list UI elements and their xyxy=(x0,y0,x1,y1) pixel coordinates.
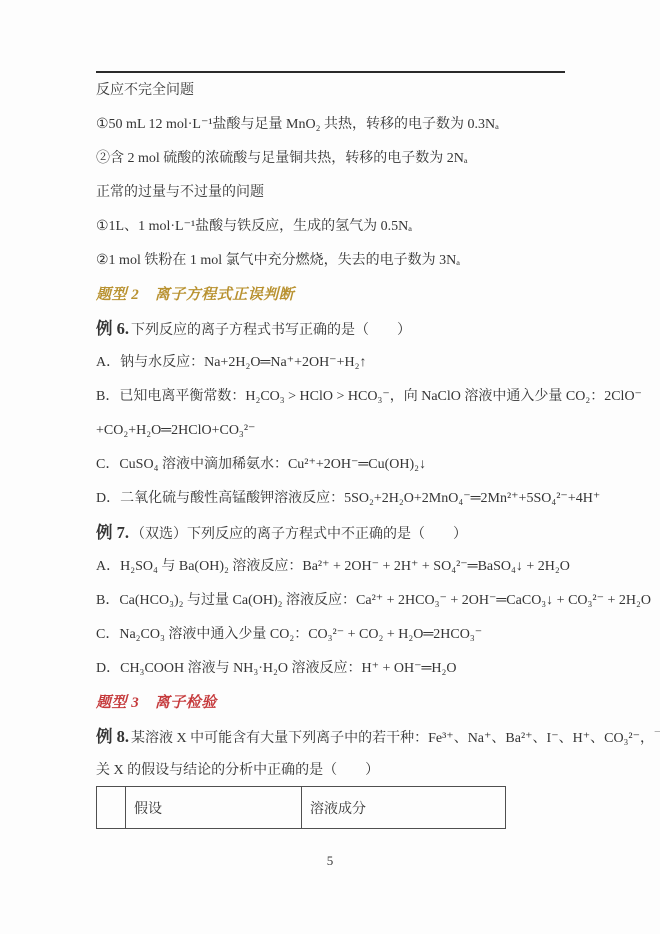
section-title-incomplete-reaction: 反应不完全问题 xyxy=(96,74,566,108)
example-6-question-text: 下列反应的离子方程式书写正确的是（ ） xyxy=(131,323,411,338)
example-6-option-a: A．钠与水反应：Na+2H₂O═Na⁺+2OH⁻+H₂↑ xyxy=(96,346,566,380)
example-6-option-d: D．二氧化硫与酸性高锰酸钾溶液反应：5SO₂+2H₂O+2MnO₄⁻═2Mn²⁺… xyxy=(96,482,566,516)
document-body: 反应不完全问题 ①50 mL 12 mol·L⁻¹盐酸与足量 MnO₂ 共热，转… xyxy=(96,74,566,788)
example-6-option-b-line-1: B．已知电离平衡常数：H₂CO₃ > HClO > HCO₃⁻，向 NaClO … xyxy=(96,380,566,414)
table-cell-hypothesis-header: 假设 xyxy=(126,787,302,829)
example-8-label: 例 8. xyxy=(96,727,129,746)
top-divider-rule xyxy=(96,71,565,73)
topic-3-heading: 题型 3 离子检验 xyxy=(96,686,566,720)
example-7-option-b: B．Ca(HCO₃)₂ 与过量 Ca(OH)₂ 溶液反应：Ca²⁺ + 2HCO… xyxy=(96,584,566,618)
example-7-option-d: D．CH₃COOH 溶液与 NH₃·H₂O 溶液反应：H⁺ + OH⁻═H₂O xyxy=(96,652,566,686)
table-cell-index xyxy=(97,787,126,829)
example-6-question: 例 6.下列反应的离子方程式书写正确的是（ ） xyxy=(96,312,566,346)
document-page: 反应不完全问题 ①50 mL 12 mol·L⁻¹盐酸与足量 MnO₂ 共热，转… xyxy=(0,0,660,934)
example-7-question: 例 7.（双选）下列反应的离子方程式中不正确的是（ ） xyxy=(96,516,566,550)
example-8-question-text: 某溶液 X 中可能含有大量下列离子中的若干种：Fe³⁺、Na⁺、Ba²⁺、I⁻、… xyxy=(131,731,660,746)
list-item-excess-2: ②1 mol 铁粉在 1 mol 氯气中充分燃烧，失去的电子数为 3Nₐ xyxy=(96,244,566,278)
list-item-incomplete-1: ①50 mL 12 mol·L⁻¹盐酸与足量 MnO₂ 共热，转移的电子数为 0… xyxy=(96,108,566,142)
example-7-question-text: （双选）下列反应的离子方程式中不正确的是（ ） xyxy=(131,527,467,542)
example-8-question-line-1: 例 8.某溶液 X 中可能含有大量下列离子中的若干种：Fe³⁺、Na⁺、Ba²⁺… xyxy=(96,720,566,754)
hypothesis-table: 假设 溶液成分 xyxy=(96,786,506,829)
example-8-question-line-2: 关 X 的假设与结论的分析中正确的是（ ） xyxy=(96,754,566,788)
topic-2-heading: 题型 2 离子方程式正误判断 xyxy=(96,278,566,312)
example-7-option-a: A．H₂SO₄ 与 Ba(OH)₂ 溶液反应：Ba²⁺ + 2OH⁻ + 2H⁺… xyxy=(96,550,566,584)
example-7-label: 例 7. xyxy=(96,523,129,542)
example-7-option-c: C．Na₂CO₃ 溶液中通入少量 CO₂：CO₃²⁻ + CO₂ + H₂O═2… xyxy=(96,618,566,652)
list-item-excess-1: ①1L、1 mol·L⁻¹盐酸与铁反应，生成的氢气为 0.5Nₐ xyxy=(96,210,566,244)
table-header-row: 假设 溶液成分 xyxy=(97,787,506,829)
example-6-option-c: C．CuSO₄ 溶液中滴加稀氨水：Cu²⁺+2OH⁻═Cu(OH)₂↓ xyxy=(96,448,566,482)
example-6-label: 例 6. xyxy=(96,319,129,338)
section-title-excess-problem: 正常的过量与不过量的问题 xyxy=(96,176,566,210)
table-cell-solution-header: 溶液成分 xyxy=(302,787,506,829)
page-number: 5 xyxy=(0,853,660,869)
example-6-option-b-line-2: +CO₂+H₂O═2HClO+CO₃²⁻ xyxy=(96,414,566,448)
list-item-incomplete-2: ②含 2 mol 硫酸的浓硫酸与足量铜共热，转移的电子数为 2Nₐ xyxy=(96,142,566,176)
